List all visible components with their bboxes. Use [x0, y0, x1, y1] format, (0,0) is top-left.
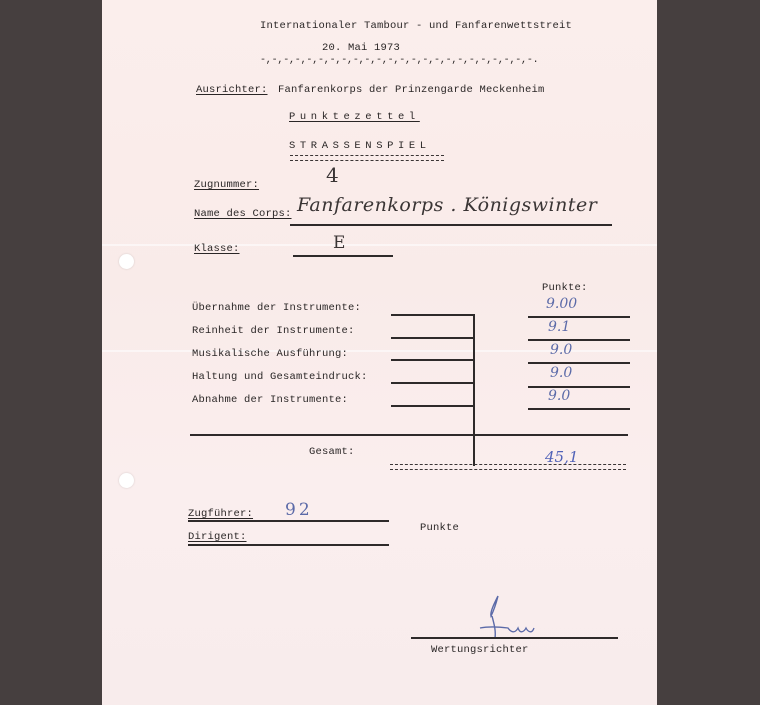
score-value[interactable]: 9.0 — [548, 388, 570, 404]
klasse-line — [293, 255, 393, 257]
score-sheet-page — [102, 0, 657, 705]
score-label: Musikalische Ausführung: — [192, 348, 348, 360]
date-rule: -,-,-,-,-,-,-,-,-,-,-,-,-,-,-,-,-,-,-,-,… — [260, 55, 538, 66]
corps-name-line — [290, 224, 612, 226]
dirigent-label: Dirigent: — [188, 531, 247, 543]
category-title: STRASSENSPIEL — [289, 140, 431, 152]
zugnummer-label: Zugnummer: — [194, 179, 259, 191]
middle-blank-line — [391, 382, 474, 384]
paper-fold — [102, 350, 657, 352]
points-column-header: Punkte: — [542, 282, 588, 294]
corps-name-value[interactable]: Fanfarenkorps . Königswinter — [297, 194, 597, 216]
form-title: Punktezettel — [289, 111, 420, 123]
score-value-line — [528, 362, 630, 364]
judge-signature — [470, 590, 540, 640]
total-separator-line — [190, 434, 628, 436]
judge-label: Wertungsrichter — [431, 644, 529, 656]
middle-blank-line — [391, 405, 474, 407]
middle-blank-line — [391, 337, 474, 339]
score-label: Übernahme der Instrumente: — [192, 302, 361, 314]
paper-fold — [102, 244, 657, 246]
score-value[interactable]: 9.00 — [546, 296, 577, 312]
score-value-line — [528, 339, 630, 341]
category-underline — [290, 155, 444, 161]
middle-blank-line — [391, 359, 474, 361]
judge-signature-line — [411, 637, 618, 639]
score-value[interactable]: 9.0 — [550, 365, 572, 381]
total-label: Gesamt: — [309, 446, 355, 458]
zugnummer-value[interactable]: 4 — [326, 163, 339, 187]
score-value-line — [528, 408, 630, 410]
score-label: Reinheit der Instrumente: — [192, 325, 355, 337]
punch-hole — [119, 473, 134, 488]
score-label: Abnahme der Instrumente: — [192, 394, 348, 406]
organizer-value: Fanfarenkorps der Prinzengarde Meckenhei… — [278, 84, 545, 96]
zugfuehrer-points[interactable]: 92 — [285, 500, 313, 520]
total-double-rule — [390, 464, 626, 470]
organizer-label: Ausrichter: — [196, 84, 268, 96]
zugfuehrer-line — [188, 520, 389, 522]
score-value[interactable]: 9.1 — [548, 319, 570, 335]
score-value[interactable]: 9.0 — [550, 342, 572, 358]
corps-name-label: Name des Corps: — [194, 208, 292, 220]
punch-hole — [119, 254, 134, 269]
score-value-line — [528, 386, 630, 388]
dirigent-line — [188, 544, 389, 546]
middle-blank-line — [391, 314, 474, 316]
score-label: Haltung und Gesamteindruck: — [192, 371, 368, 383]
klasse-value[interactable]: E — [333, 233, 345, 253]
score-value-line — [528, 316, 630, 318]
column-divider — [473, 314, 475, 466]
event-date: 20. Mai 1973 — [322, 42, 400, 54]
event-title: Internationaler Tambour - und Fanfarenwe… — [260, 20, 572, 32]
points-label: Punkte — [420, 522, 459, 534]
klasse-label: Klasse: — [194, 243, 240, 255]
zugfuehrer-label: Zugführer: — [188, 508, 253, 520]
